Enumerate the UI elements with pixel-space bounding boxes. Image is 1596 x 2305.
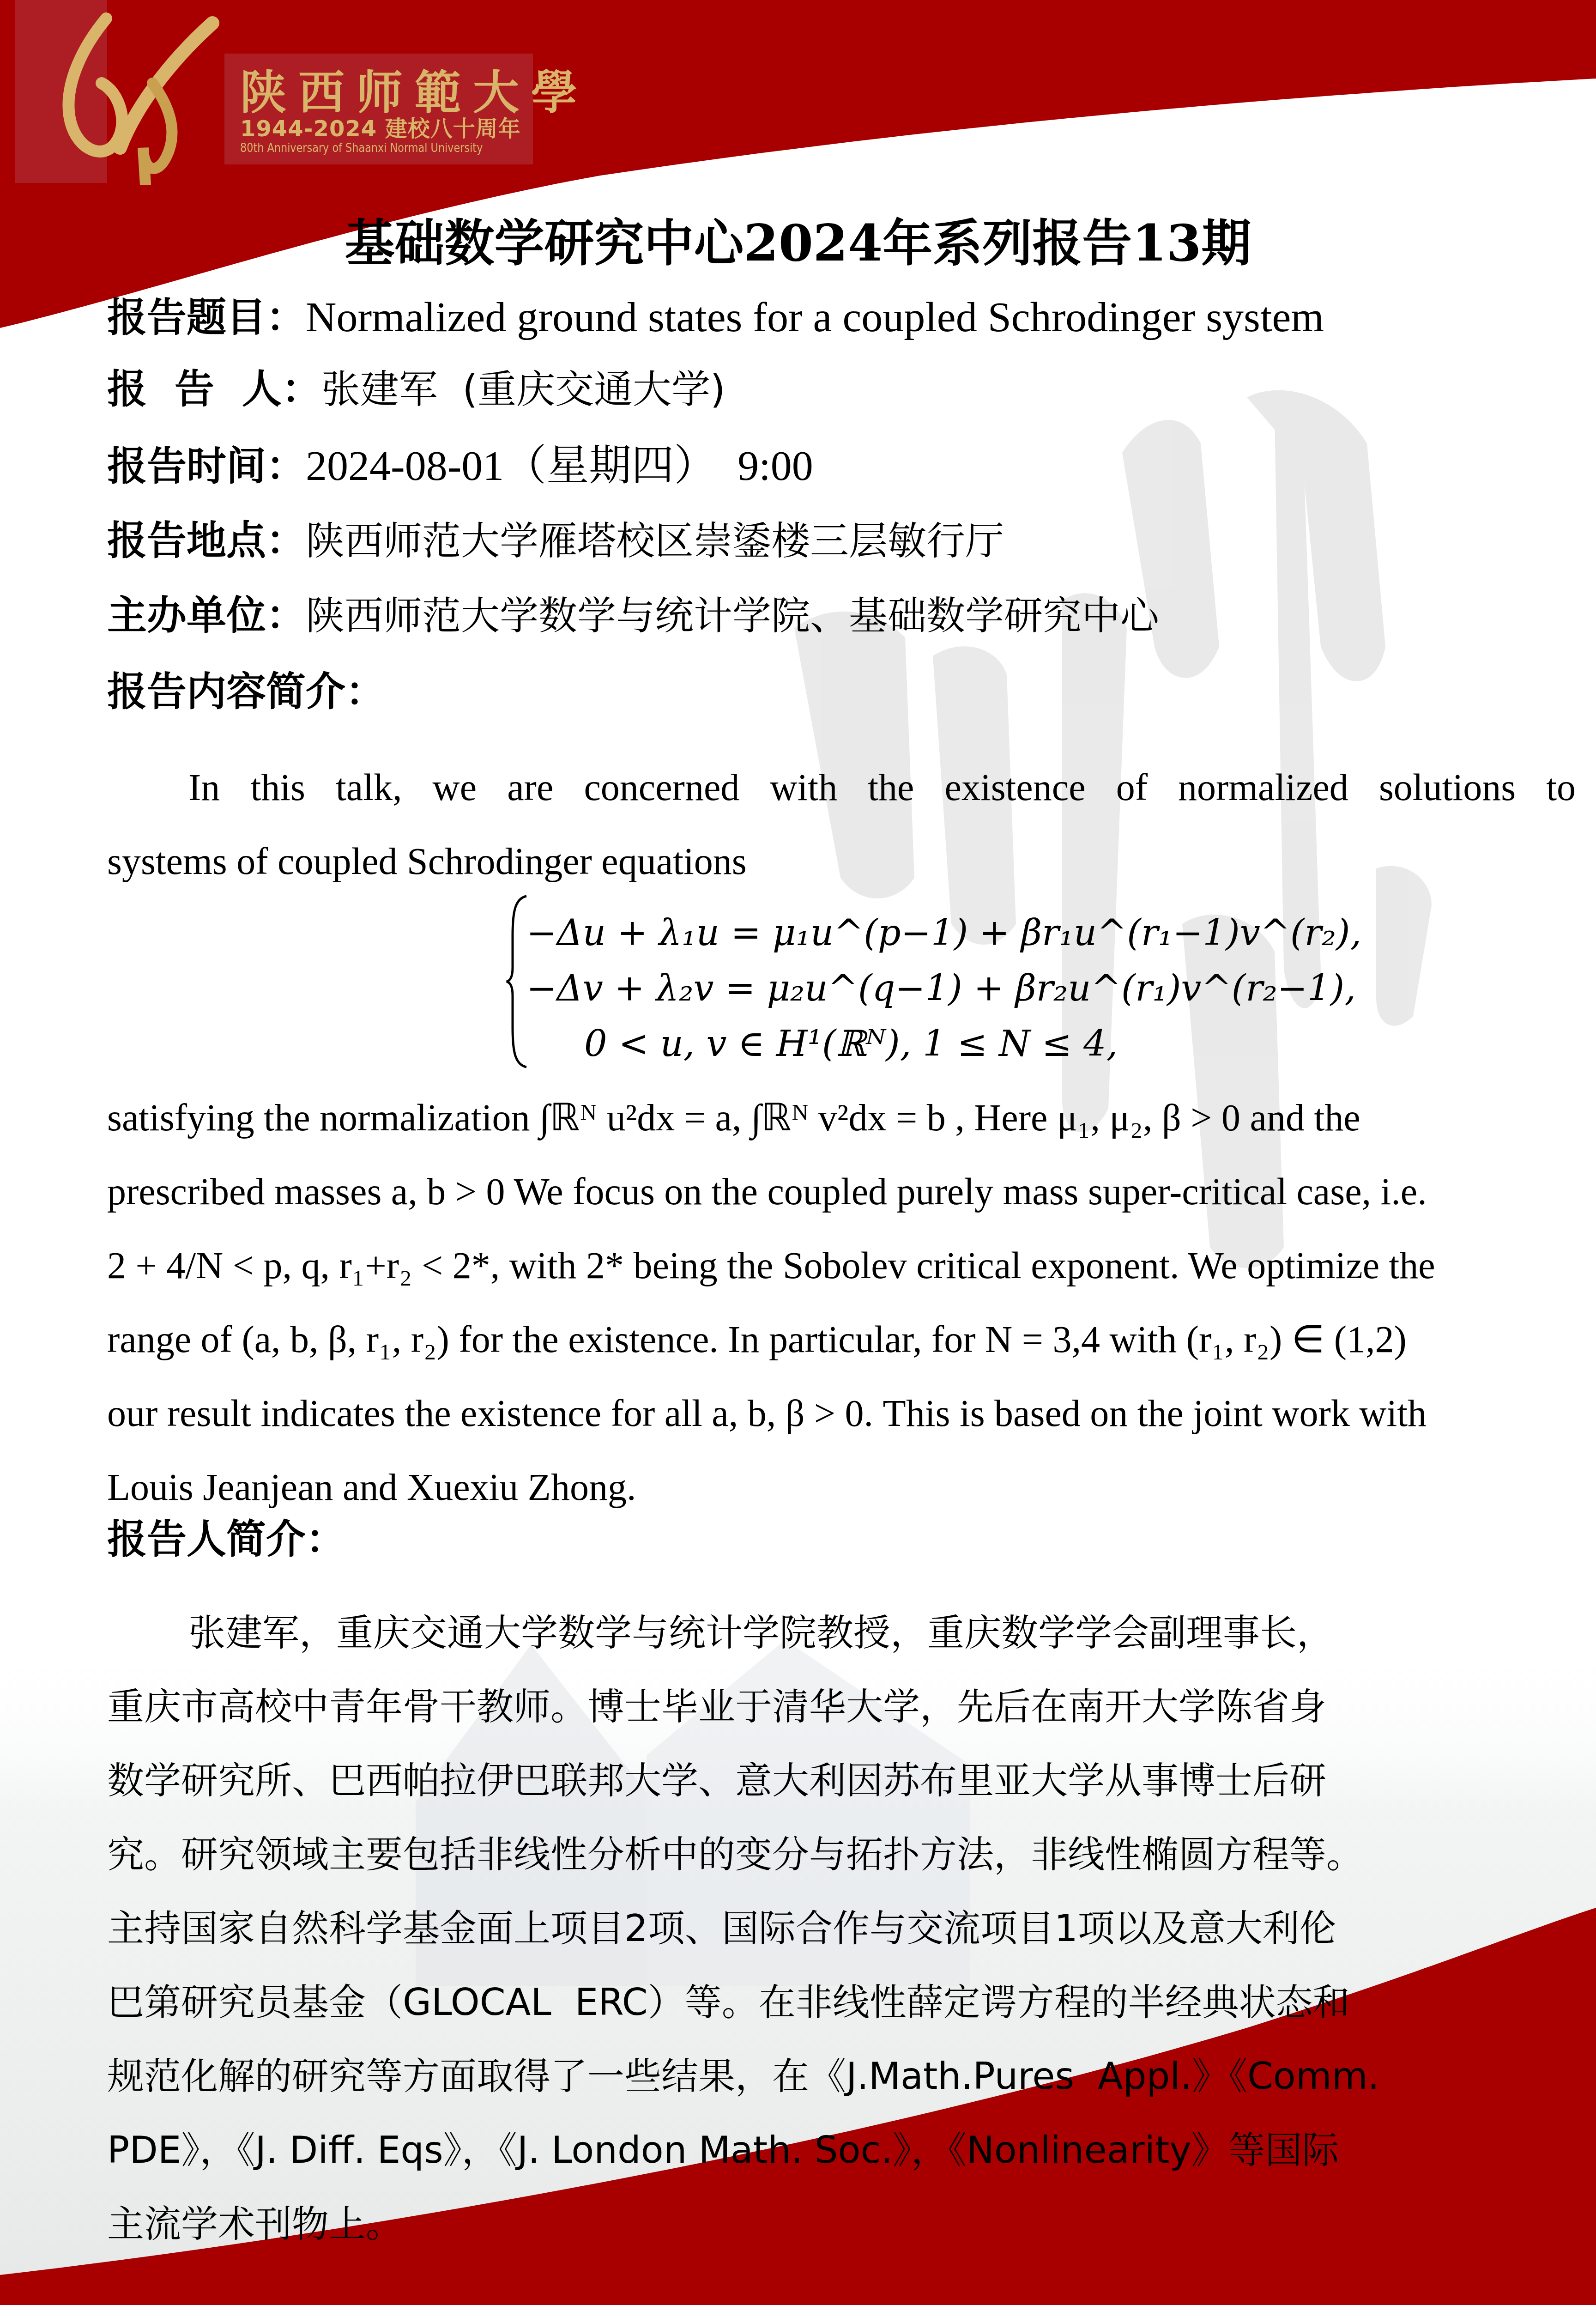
equation-line-3: 0 < u, v ∈ H¹(ℝᴺ), 1 ≤ N ≤ 4, [584,1023,1118,1065]
abstract-line: systems of coupled Schrodinger equations [107,825,1576,898]
abstract-line: satisfying the normalization ∫ℝᴺ u²dx = … [107,1081,1576,1155]
logo-years: 1944-2024 建校八十周年 [240,111,521,143]
organizer-label: 主办单位： [107,593,306,639]
bio-line: 巴第研究员基金（GLOCAL ERC）等。在非线性薛定谔方程的半经典状态和 [107,1965,1493,2039]
info-row-topic: 报告题目：Normalized ground states for a coup… [107,296,1324,339]
bio-line: 重庆市高校中青年骨干教师。博士毕业于清华大学，先后在南开大学陈省身 [107,1670,1493,1744]
abstract-intro: In this talk, we are concerned with the … [107,751,1576,898]
bio-heading: 报告人简介： [107,1520,345,1560]
info-row-organizer: 主办单位：陕西师范大学数学与统计学院、基础数学研究中心 [107,596,1159,637]
abstract-line: Louis Jeanjean and Xuexiu Zhong. [107,1450,1576,1524]
bio-heading-text: 报告人简介： [107,1516,345,1563]
info-row-location: 报告地点：陕西师范大学雁塔校区崇鋈楼三层敏行厅 [107,521,1004,562]
abstract-line: In this talk, we are concerned with the … [107,751,1576,825]
speaker-value: 张建军 (重庆交通大学) [321,367,725,412]
bio-line: 张建军，重庆交通大学数学与统计学院教授，重庆数学学会副理事长， [107,1596,1493,1670]
abstract-heading-text: 报告内容简介： [107,669,385,715]
bio-line: 主持国家自然科学基金面上项目2项、国际合作与交流项目1项以及意大利伦 [107,1892,1493,1965]
logo-anniversary-en: 80th Anniversary of Shaanxi Normal Unive… [240,141,483,155]
abstract-line: our result indicates the existence for a… [107,1377,1576,1450]
equation-system: −Δu + λ₁u = μ₁u^(p−1) + βr₁u^(r₁−1)v^(r₂… [506,894,1198,1069]
bio-line: 数学研究所、巴西帕拉伊巴联邦大学、意大利因苏布里亚大学从事博士后研 [107,1744,1493,1818]
equation-line-1: −Δu + λ₁u = μ₁u^(p−1) + βr₁u^(r₁−1)v^(r₂… [526,912,1361,954]
abstract-body: satisfying the normalization ∫ℝᴺ u²dx = … [107,1081,1576,1524]
left-brace-icon [506,894,529,1069]
organizer-value: 陕西师范大学数学与统计学院、基础数学研究中心 [306,593,1159,638]
abstract-line: range of (a, b, β, r₁, r₂) for the exist… [107,1303,1576,1377]
poster-title: 基础数学研究中心2024年系列报告13期 [0,203,1596,275]
equation-line-2: −Δv + λ₂v = μ₂u^(q−1) + βr₂u^(r₁)v^(r₂−1… [526,968,1356,1009]
location-value: 陕西师范大学雁塔校区崇鋈楼三层敏行厅 [306,518,1004,564]
logo-80-ribbon-icon [28,9,222,185]
speaker-label: 报 告 人： [107,366,321,412]
location-label: 报告地点： [107,518,306,564]
topic-value: Normalized ground states for a coupled S… [306,293,1324,340]
abstract-line: 2 + 4/N < p, q, r₁+r₂ < 2*, with 2* bein… [107,1229,1576,1303]
bio-line: PDE》，《J. Diff. Eqs》，《J. London Math. Soc… [107,2113,1493,2187]
bio-line: 究。研究领域主要包括非线性分析中的变分与拓扑方法，非线性椭圆方程等。 [107,1818,1493,1892]
info-row-time: 报告时间：2024-08-01（星期四） 9:00 [107,444,813,487]
bio-line: 规范化解的研究等方面取得了一些结果，在《J.Math.Pures Appl.》《… [107,2039,1493,2113]
info-row-speaker: 报 告 人：张建军 (重庆交通大学) [107,370,725,410]
bio-line: 主流学术刊物上。 [107,2187,1493,2261]
time-label: 报告时间： [107,443,306,490]
topic-label: 报告题目： [107,295,306,341]
bio-body: 张建军，重庆交通大学数学与统计学院教授，重庆数学学会副理事长， 重庆市高校中青年… [107,1596,1493,2261]
abstract-heading: 报告内容简介： [107,672,385,713]
abstract-line: prescribed masses a, b > 0 We focus on t… [107,1155,1576,1229]
time-value: 2024-08-01（星期四） 9:00 [306,442,813,489]
